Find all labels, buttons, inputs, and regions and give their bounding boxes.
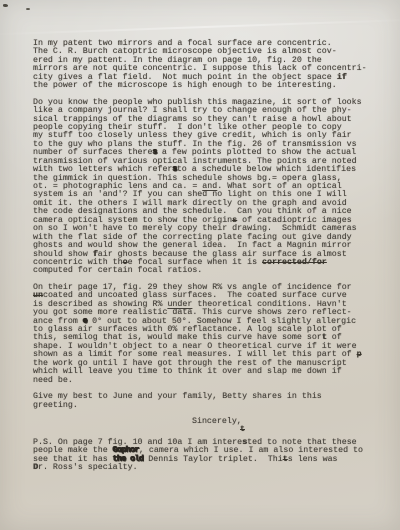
paper-crease	[0, 18, 400, 35]
text-segment-x: p	[357, 350, 362, 359]
letter-line: need be.	[33, 377, 385, 385]
letter-line: greeting.	[33, 402, 385, 410]
letter-line: computed for certain focal ratios.	[33, 267, 385, 275]
letter-paragraph: In my patent two mirrors and a focal sur…	[33, 40, 385, 91]
text-segment: r. Ross's specialty.	[38, 463, 138, 472]
letter-paragraph: Give my best to June and your family, Be…	[33, 393, 385, 410]
letter-paragraph: P.S. On page 7 fig. 10 and 10a I am inte…	[33, 439, 385, 473]
letter-line: which will leave you time to think it ov…	[33, 368, 385, 376]
letter-page: In my patent two mirrors and a focal sur…	[0, 0, 400, 530]
letter-line: the power of the microscope is high enou…	[33, 82, 385, 90]
text-segment-x: corrected/for	[262, 258, 327, 267]
letter-paragraph: Do you know the people who publish this …	[33, 99, 385, 276]
text-segment: Dennis Taylor triplet. Thi	[143, 455, 282, 464]
closing-signature: Sincerely,	[192, 418, 385, 426]
paper-speck	[26, 8, 30, 10]
signature-mark: t	[240, 426, 385, 434]
text-segment: the power of the microscope is high enou…	[33, 81, 337, 90]
letter-line: Give my best to June and your family, Be…	[33, 393, 385, 401]
paper-speck	[3, 4, 8, 7]
text-segment-o: if	[337, 73, 347, 82]
text-segment: need be.	[33, 376, 73, 385]
letter-paragraph: On their page 17, fig. 29 they show R% v…	[33, 284, 385, 385]
closing-block: Sincerely,t	[33, 418, 385, 435]
text-segment: s lens was	[288, 455, 338, 464]
text-segment: computed for certain focal ratios.	[33, 266, 202, 275]
letter-line: Dr. Ross's specialty.	[33, 464, 385, 472]
letter-body: In my patent two mirrors and a focal sur…	[33, 40, 385, 481]
text-segment: greeting.	[33, 401, 78, 410]
signature-mark-glyph: t	[240, 425, 245, 434]
text-segment: which will leave you time to think it ov…	[33, 367, 342, 376]
